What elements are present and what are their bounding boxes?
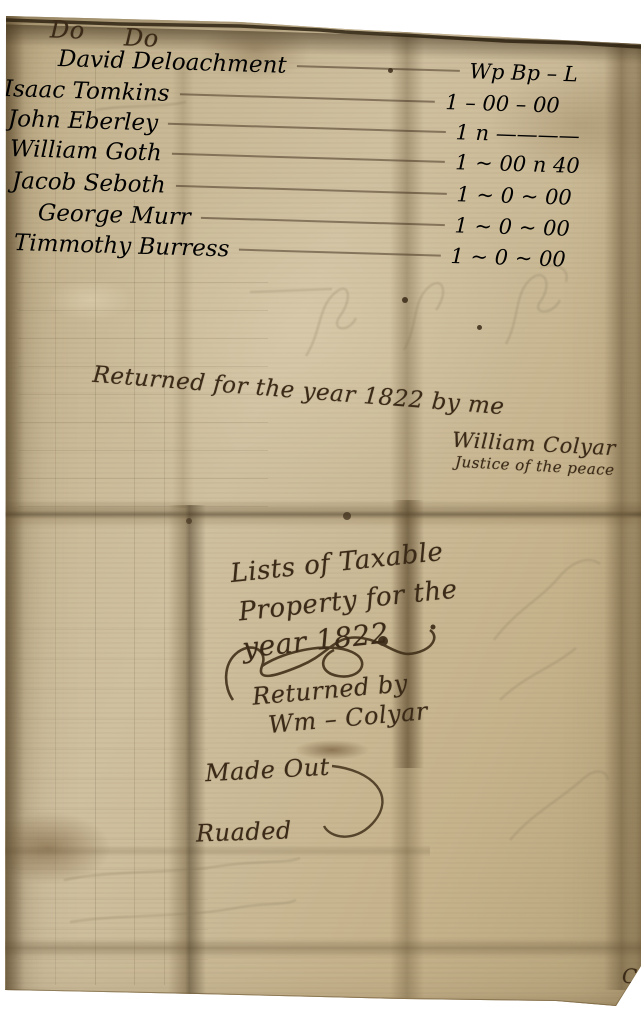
leader-line [168,123,446,133]
leader-line [297,65,460,72]
ditto-mark: Do [50,15,86,44]
ledger-grid-line [55,60,56,985]
taxpayer-name: Timmothy Burress [14,230,230,262]
horizontal-fold-crease [0,500,641,528]
leader-line [172,153,446,163]
left-edge-shadow [6,16,24,992]
ledger-grid-line [95,60,96,985]
leader-line [180,93,436,103]
top-torn-edge [6,20,641,47]
tax-value: 1 ~ 0 ~ 00 [450,244,566,271]
vertical-fold-crease [168,505,206,995]
docket-made-out: Made Out [204,753,330,787]
taxpayer-name: David Deloachment [58,46,287,79]
taxpayer-name: George Murr [38,200,192,231]
tax-value: 1 n ———— [455,120,580,148]
vertical-fold-crease [390,30,424,998]
paper-sheet: Do Do David Deloachment Wp Bp – L Isaac … [0,0,641,1024]
margin-mark: C [622,964,638,988]
docket-recorded: Ruaded [196,816,293,847]
leader-line [239,249,440,257]
taxpayer-name: Isaac Tomkins [4,76,170,107]
taxpayer-name: John Eberley [8,106,159,136]
tax-value: Wp Bp – L [469,59,578,86]
ledger-grid-line [134,200,135,985]
tax-value: 1 ~ 00 n 40 [455,150,580,178]
leader-line [201,217,445,226]
ledger-grid-rows [18,600,208,960]
vertical-fold-crease [604,40,636,990]
taxpayer-name: Jacob Seboth [12,168,166,199]
leader-line [176,185,447,195]
horizontal-fold-crease [0,938,641,958]
tax-value: 1 – 00 – 00 [445,90,560,117]
tax-value: 1 ~ 0 ~ 00 [456,182,572,209]
ink-dot [186,518,192,524]
tax-value: 1 ~ 0 ~ 00 [454,213,570,240]
ledger-grid-line [164,240,165,985]
ink-dot [343,512,351,520]
bottom-edge [5,968,641,1006]
ink-dot [477,325,482,330]
ink-dot [402,297,408,303]
attestation-line: Returned for the year 1822 by me [92,362,506,420]
taxpayer-name: William Goth [10,136,162,166]
scanned-document: Do Do David Deloachment Wp Bp – L Isaac … [0,0,641,1024]
ink-flourish [324,766,382,837]
